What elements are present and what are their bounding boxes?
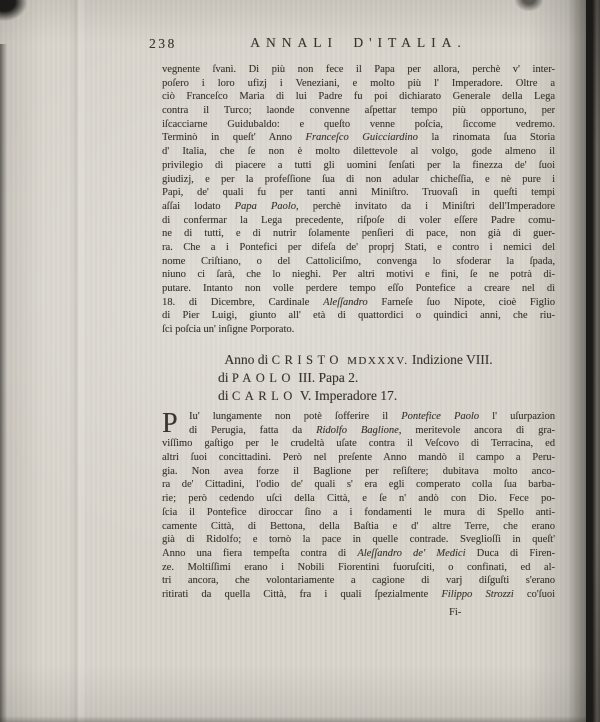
- text-line: Anno una fiera tempeſta contra di Aleſſa…: [162, 547, 555, 561]
- text-line: aſſai lodato Papa Paolo, perchè invitato…: [162, 200, 555, 214]
- text-line: ſcia il Pontefice diroccar ſino a i fond…: [162, 506, 555, 520]
- text-segment: vegnente ſvanì. Di più non fece il Papa …: [162, 64, 555, 75]
- text-line: Terminò in queſt' Anno Franceſco Guiccia…: [162, 131, 555, 145]
- text-segment: tri ancora, che volontariamente a cagion…: [162, 575, 555, 586]
- text-segment: III. Papa 2.: [295, 370, 358, 385]
- text-segment: privilegio di piacere a tutti gli uomini…: [162, 160, 555, 171]
- text-segment: l' uſurpazion: [479, 411, 555, 422]
- year-heading: Anno di CRISTO MDXXXV. Indizione VIII.di…: [162, 351, 555, 405]
- text-segment: giudizj, e per la profeſſione ſua di non…: [162, 174, 555, 185]
- text-line: tri ancora, che volontariamente a cagion…: [162, 574, 555, 588]
- text-segment: poſero i loro ufizj i Veneziani, e molto…: [162, 78, 555, 89]
- text-line: giudizj, e per la profeſſione ſua di non…: [162, 173, 555, 187]
- text-segment: d' Italia, che ſe non è molto dilettevol…: [162, 146, 555, 157]
- text-segment: già di Ridolfo; e tornò la pace in quell…: [162, 534, 555, 545]
- italic-text: Ridolfo Baglione: [316, 425, 399, 436]
- book-page-scan: 238 ANNALI D'ITALIA. vegnente ſvanì. Di …: [0, 0, 600, 722]
- italic-text: Pontefice Paolo: [401, 411, 479, 422]
- text-line: di Pier Luigi, giunto all' età di quatto…: [162, 309, 555, 323]
- text-line: 18. di Dicembre, Cardinale Aleſſandro Fa…: [162, 296, 555, 310]
- text-line: ciò Franceſco Maria di lui Padre fu poi …: [162, 90, 555, 104]
- page-edge-shadow-left: [0, 44, 7, 722]
- text-line: camente Città, di Bettona, della Baſtia …: [162, 520, 555, 534]
- text-segment: niuno ci ſarà, che lo nieghi. Per altri …: [162, 269, 555, 280]
- text-line: niuno ci ſarà, che lo nieghi. Per altri …: [162, 268, 555, 282]
- text-segment: rie; però cedendo uſcì della Città, e ſe…: [162, 493, 555, 504]
- text-segment: Anno una fiera tempeſta contra di: [162, 548, 357, 559]
- text-segment: ſcia il Pontefice diroccar ſino a i fond…: [162, 507, 555, 518]
- text-segment: di confermar la Lega precedente, riſpoſe…: [162, 215, 555, 226]
- paragraph-continuation: vegnente ſvanì. Di più non fece il Papa …: [162, 63, 555, 337]
- text-segment: aſſai lodato: [162, 201, 235, 212]
- text-line: Papi, de' quali fu per tanti anni Miniſt…: [162, 186, 555, 200]
- text-segment: Indizione VIII.: [408, 352, 492, 367]
- text-segment: ne di tutti, e di nutrir ſolamente penſi…: [162, 228, 555, 239]
- text-line: già di Ridolfo; e tornò la pace in quell…: [162, 533, 555, 547]
- text-segment: putare. Intanto non volle perdere tempo …: [162, 283, 555, 294]
- page-edge-shadow-bottom: [0, 716, 586, 722]
- text-segment: ciò Franceſco Maria di lui Padre fu poi …: [162, 91, 555, 102]
- text-segment: di: [218, 388, 232, 403]
- text-segment: PAOLO: [232, 371, 295, 385]
- text-segment: Papi, de' quali fu per tanti anni Miniſt…: [162, 187, 555, 198]
- text-segment: viſſimo gaſtigo per le crudeltà uſate co…: [162, 438, 555, 449]
- italic-text: Aleſſandro de' Medici: [357, 548, 465, 559]
- text-line: ne di tutti, e di nutrir ſolamente penſi…: [162, 227, 555, 241]
- text-segment: iſcacciarne Guidubaldo: e queſto venne p…: [162, 119, 555, 130]
- catchword: Fi-: [449, 607, 461, 618]
- text-line: altri ſuoi concittadini. Però nel preſen…: [162, 451, 555, 465]
- text-segment: di: [218, 370, 232, 385]
- text-segment: la rinomata ſua Storia: [418, 132, 555, 143]
- text-segment: camente Città, di Bettona, della Baſtia …: [162, 521, 555, 532]
- paragraph-lines: Iu' lungamente non potè ſofferire il Pon…: [162, 410, 555, 602]
- text-line: ſcì poſcia un' inſigne Porporato.: [162, 323, 555, 337]
- text-line: ritirati da quella Città, fra i quali ſp…: [162, 588, 555, 602]
- text-line: ra de' Cittadini, l'odio de' quali s' er…: [162, 478, 555, 492]
- text-segment: Farneſe ſuo Nipote, cioè Figlio: [368, 297, 555, 308]
- text-segment: ritirati da quella Città, fra i quali ſp…: [162, 589, 441, 600]
- text-line: viſſimo gaſtigo per le crudeltà uſate co…: [162, 437, 555, 451]
- text-segment: gia. Non avea forze il Baglione per reſi…: [162, 466, 555, 477]
- text-line: nome Criſtiano, o del Cattoliciſmo, conv…: [162, 255, 555, 269]
- text-line: di PAOLO III. Papa 2.: [162, 369, 555, 387]
- text-segment: contra il Turco; laonde convenne aſpetta…: [162, 105, 555, 116]
- text-segment: ze. Moltiſſimi erano i Nobili Fiorentini…: [162, 562, 555, 573]
- text-line: di CARLO V. Imperadore 17.: [162, 387, 555, 405]
- italic-text: Papa Paolo: [235, 201, 296, 212]
- text-segment: , meritevole ancora di gra-: [399, 425, 555, 436]
- page-edge-gradient-right: [568, 0, 588, 722]
- text-segment: di Perugia, fatta da: [189, 425, 316, 436]
- running-title: ANNALI D'ITALIA.: [162, 35, 555, 51]
- text-line: putare. Intanto non volle perdere tempo …: [162, 282, 555, 296]
- text-segment: ra de' Cittadini, l'odio de' quali s' er…: [162, 479, 555, 490]
- text-segment: nome Criſtiano, o del Cattoliciſmo, conv…: [162, 256, 555, 267]
- drop-cap: P: [162, 410, 178, 437]
- text-line: rie; però cedendo uſcì della Città, e ſe…: [162, 492, 555, 506]
- page-edge-shadow-right: [586, 0, 600, 722]
- text-line: di Perugia, fatta da Ridolfo Baglione, m…: [162, 424, 555, 438]
- text-segment: altri ſuoi concittadini. Però nel preſen…: [162, 452, 555, 463]
- text-line: Iu' lungamente non potè ſofferire il Pon…: [162, 410, 555, 424]
- top-edge-smudge: [515, 0, 543, 11]
- text-line: contra il Turco; laonde convenne aſpetta…: [162, 104, 555, 118]
- italic-text: Franceſco Guicciardino: [306, 132, 418, 143]
- text-line: privilegio di piacere a tutti gli uomini…: [162, 159, 555, 173]
- text-line: ze. Moltiſſimi erano i Nobili Fiorentini…: [162, 561, 555, 575]
- text-segment: CRISTO: [272, 353, 343, 367]
- text-segment: di Pier Luigi, giunto all' età di quatto…: [162, 310, 555, 321]
- text-line: di confermar la Lega precedente, riſpoſe…: [162, 214, 555, 228]
- text-line: vegnente ſvanì. Di più non fece il Papa …: [162, 63, 555, 77]
- text-segment: Terminò in queſt' Anno: [162, 132, 306, 143]
- text-segment: V. Imperadore 17.: [297, 388, 397, 403]
- text-line: Anno di CRISTO MDXXXV. Indizione VIII.: [162, 351, 555, 369]
- text-segment: 18. di Dicembre, Cardinale: [162, 297, 323, 308]
- text-segment: co'ſuoi: [514, 589, 555, 600]
- text-line: d' Italia, che ſe non è molto dilettevol…: [162, 145, 555, 159]
- text-segment: Duca di Firen-: [466, 548, 556, 559]
- text-segment: ſcì poſcia un' inſigne Porporato.: [162, 324, 294, 335]
- corner-shadow-top-left: [0, 0, 27, 21]
- text-line: gia. Non avea forze il Baglione per reſi…: [162, 465, 555, 479]
- text-segment: , perchè invitato da i Miniſtri dell'Imp…: [296, 201, 555, 212]
- paragraph-year-1535: P Iu' lungamente non potè ſofferire il P…: [162, 410, 555, 602]
- paper-crease: [70, 0, 86, 722]
- text-segment: CARLO: [232, 389, 297, 403]
- text-line: ra. Che a i Pontefici per difeſa de' pro…: [162, 241, 555, 255]
- text-segment: ra. Che a i Pontefici per difeſa de' pro…: [162, 242, 555, 253]
- italic-text: Filippo Strozzi: [441, 589, 513, 600]
- text-line: iſcacciarne Guidubaldo: e queſto venne p…: [162, 118, 555, 132]
- italic-text: Aleſſandro: [323, 297, 368, 308]
- text-segment: Anno di: [224, 352, 271, 367]
- text-line: poſero i loro ufizj i Veneziani, e molto…: [162, 77, 555, 91]
- text-segment: MDXXXV.: [343, 355, 409, 367]
- text-segment: Iu' lungamente non potè ſofferire il: [189, 411, 401, 422]
